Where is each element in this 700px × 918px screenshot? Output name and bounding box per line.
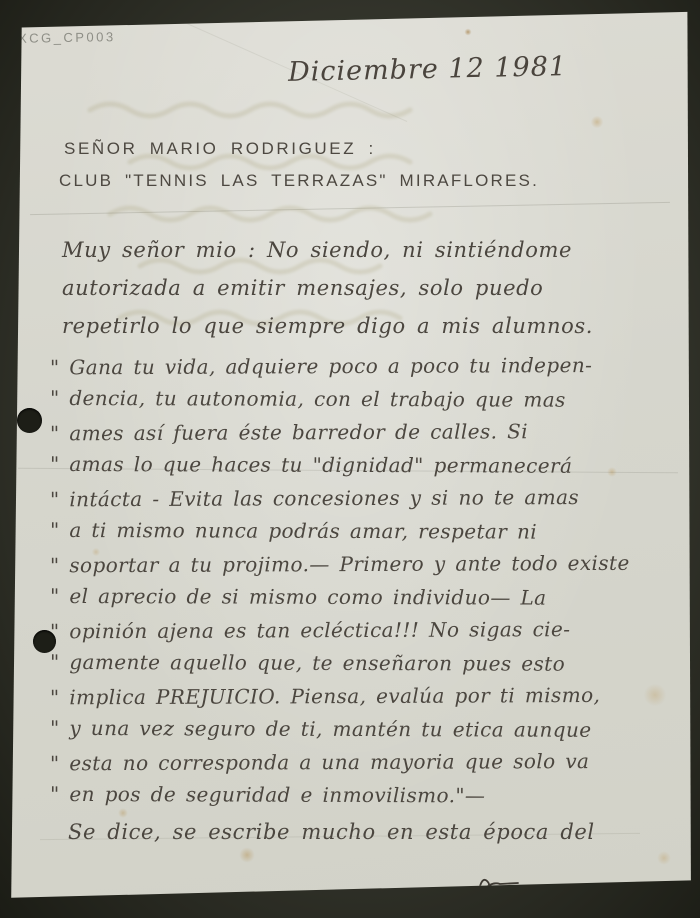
letter-line: " ames así fuera éste barredor de calles…: [50, 415, 675, 451]
letter-line: " intácta - Evita las concesiones y si n…: [50, 481, 675, 517]
letter-line: " Gana tu vida, adquiere poco a poco tu …: [50, 349, 675, 385]
ink-squiggle: [478, 874, 520, 892]
recipient-address: CLUB "TENNIS LAS TERRAZAS" MIRAFLORES.: [59, 171, 539, 191]
letter-line: " gamente aquello que, te enseñaron pues…: [50, 646, 675, 681]
letter-line: repetirlo lo que siempre digo a mis alum…: [62, 307, 662, 345]
letter-line: " a ti mismo nunca podrás amar, respetar…: [50, 514, 675, 549]
archive-label: XCG_CP003: [18, 29, 116, 46]
hole-punch: [33, 630, 56, 653]
letter-line: " opinión ajena es tan ecléctica!!! No s…: [50, 613, 675, 649]
closing-line: Se dice, se escribe mucho en esta época …: [68, 820, 595, 844]
letter-line: " y una vez seguro de ti, mantén tu etic…: [50, 712, 675, 747]
quoted-advice-paragraph: " Gana tu vida, adquiere poco a poco tu …: [50, 350, 675, 812]
hole-punch: [17, 408, 42, 433]
letter-line: " amas lo que haces tu "dignidad" perman…: [50, 448, 675, 483]
letter-paper: XCG_CP003 Diciembre 12 1981 SEÑOR MARIO …: [0, 0, 700, 918]
letter-line: " el aprecio de si mismo como individuo—…: [50, 580, 675, 615]
letter-date: Diciembre 12 1981: [288, 51, 568, 88]
salutation-paragraph: Muy señor mio : No siendo, ni sintiéndom…: [62, 231, 662, 345]
letter-line: Muy señor mio : No siendo, ni sintiéndom…: [62, 231, 662, 269]
letter-line: autorizada a emitir mensajes, solo puedo: [62, 269, 662, 307]
letter-line: " implica PREJUICIO. Piensa, evalúa por …: [50, 679, 675, 715]
letter-line: " esta no corresponda a una mayoria que …: [50, 745, 675, 781]
paper-crease: [30, 202, 670, 215]
letter-line: " soportar a tu projimo.— Primero y ante…: [50, 547, 675, 583]
letter-line: " en pos de seguridad e inmovilismo."—: [50, 778, 675, 813]
scan-background: XCG_CP003 Diciembre 12 1981 SEÑOR MARIO …: [0, 0, 700, 918]
recipient-name: SEÑOR MARIO RODRIGUEZ :: [64, 139, 376, 159]
letter-line: " dencia, tu autonomia, con el trabajo q…: [50, 382, 675, 417]
